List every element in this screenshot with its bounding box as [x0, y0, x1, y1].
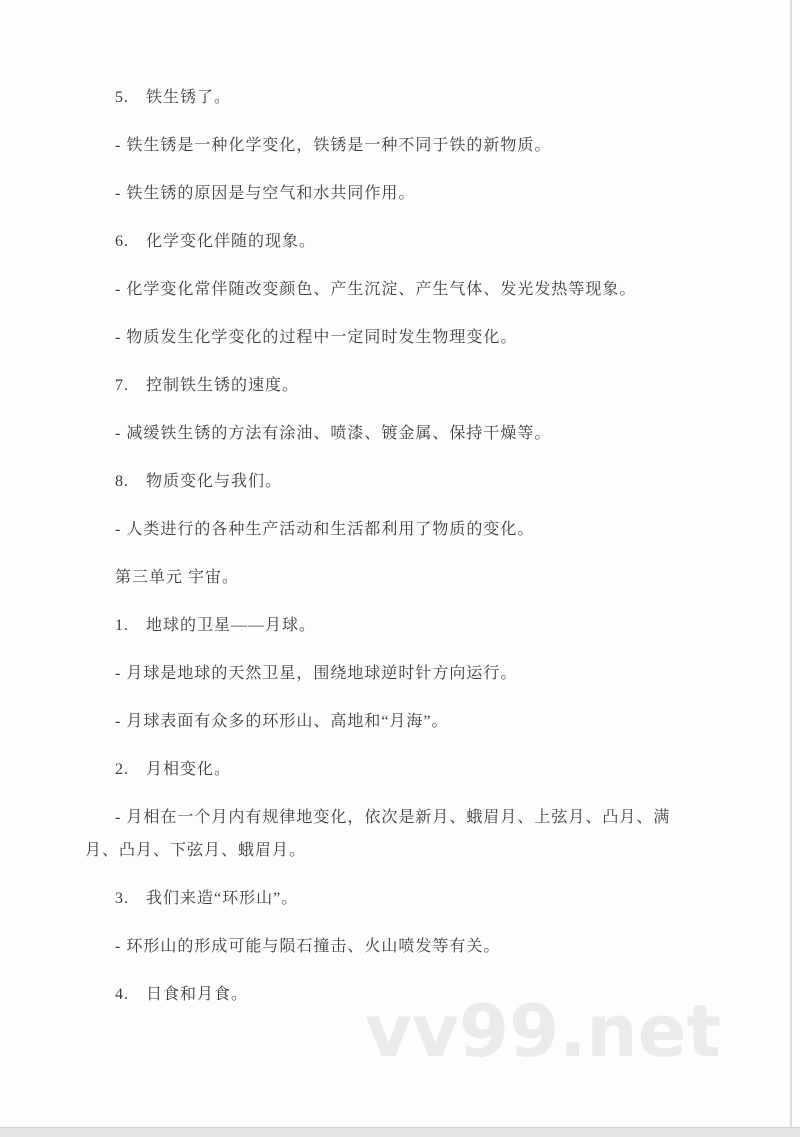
paragraph-bullet: - 月相在一个月内有规律地变化，依次是新月、蛾眉月、上弦月、凸月、满月、凸月、下…: [85, 801, 703, 867]
paragraph-numbered-6: 6. 化学变化伴随的现象。: [85, 225, 703, 258]
paragraph-bullet: - 物质发生化学变化的过程中一定同时发生物理变化。: [85, 321, 703, 354]
paragraph-bullet: - 月球表面有众多的环形山、高地和“月海”。: [85, 705, 703, 738]
section-heading-unit-3: 第三单元 宇宙。: [85, 561, 703, 594]
paragraph-bullet: - 减缓铁生锈的方法有涂油、喷漆、镀金属、保持干燥等。: [85, 417, 703, 450]
paragraph-bullet: - 环形山的形成可能与陨石撞击、火山喷发等有关。: [85, 930, 703, 963]
site-watermark: vv99.net: [365, 995, 721, 1067]
paragraph-bullet: - 人类进行的各种生产活动和生活都利用了物质的变化。: [85, 513, 703, 546]
paragraph-numbered-7: 7. 控制铁生锈的速度。: [85, 369, 703, 402]
paragraph-numbered-8: 8. 物质变化与我们。: [85, 465, 703, 498]
paragraph-bullet: - 铁生锈的原因是与空气和水共同作用。: [85, 177, 703, 210]
paragraph-numbered-3: 3. 我们来造“环形山”。: [85, 882, 703, 915]
paragraph-numbered-2: 2. 月相变化。: [85, 753, 703, 786]
page-bottom-edge-bar: [0, 1127, 800, 1137]
document-page: 5. 铁生锈了。 - 铁生锈是一种化学变化，铁锈是一种不同于铁的新物质。 - 铁…: [0, 0, 800, 1137]
paragraph-bullet: - 月球是地球的天然卫星，围绕地球逆时针方向运行。: [85, 657, 703, 690]
paragraph-bullet: - 铁生锈是一种化学变化，铁锈是一种不同于铁的新物质。: [85, 129, 703, 162]
paragraph-numbered-5: 5. 铁生锈了。: [85, 81, 703, 114]
document-content: 5. 铁生锈了。 - 铁生锈是一种化学变化，铁锈是一种不同于铁的新物质。 - 铁…: [85, 0, 703, 1026]
paragraph-numbered-1: 1. 地球的卫星——月球。: [85, 609, 703, 642]
page-right-edge-line: [790, 0, 792, 1128]
paragraph-bullet: - 化学变化常伴随改变颜色、产生沉淀、产生气体、发光发热等现象。: [85, 273, 703, 306]
